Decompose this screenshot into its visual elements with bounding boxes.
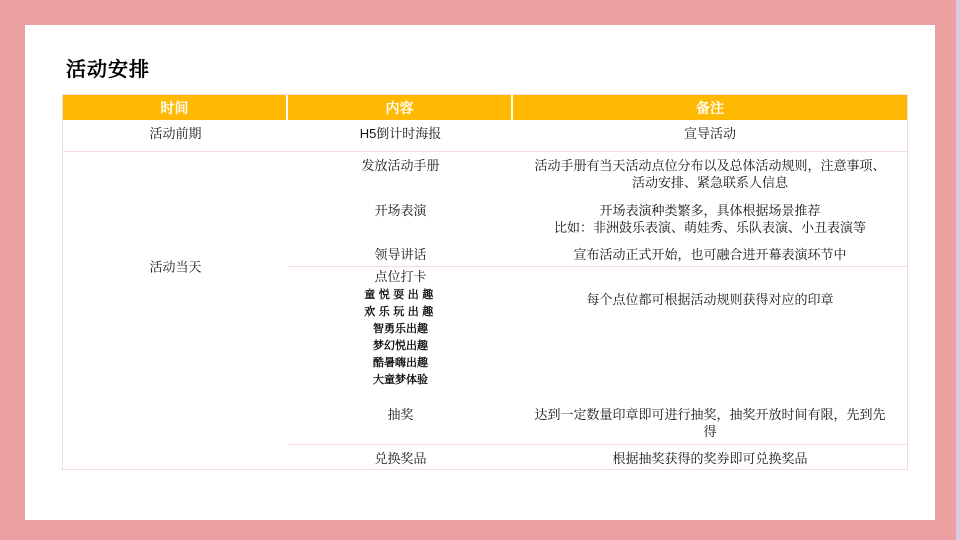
note-line-2: 比如：非洲鼓乐表演、萌娃秀、乐队表演、小丑表演等 xyxy=(554,219,866,236)
cell-content-lottery: 抽奖 xyxy=(288,401,513,445)
cell-content-handbook: 发放活动手册 xyxy=(288,152,513,197)
column-header-content: 内容 xyxy=(288,95,513,120)
content-card: 活动安排 时间 内容 备注 活动前期 H5倒计时海报 宣导活动 活动当天 发放活… xyxy=(25,25,935,520)
cell-time-event-day: 活动当天 xyxy=(63,152,288,469)
cell-note-handbook: 活动手册有当天活动点位分布以及总体活动规则，注意事项、活动安排、紧急联系人信息 xyxy=(513,152,907,197)
cell-note-h5-poster: 宣导活动 xyxy=(513,120,907,152)
checkin-subitem: 童悦耍出趣 xyxy=(364,287,437,304)
schedule-table: 时间 内容 备注 活动前期 H5倒计时海报 宣导活动 活动当天 发放活动手册 活… xyxy=(62,94,908,470)
event-day-label: 活动当天 xyxy=(63,257,288,276)
cell-note-redeem: 根据抽奖获得的奖券即可兑换奖品 xyxy=(513,445,907,469)
checkin-subitem: 大童梦体验 xyxy=(373,372,428,389)
cell-time-prephase: 活动前期 xyxy=(63,120,288,152)
column-header-time: 时间 xyxy=(63,95,288,120)
checkin-subitem: 酷暑嗨出趣 xyxy=(373,355,428,372)
page-title: 活动安排 xyxy=(66,53,150,82)
checkin-subitem: 梦幻悦出趣 xyxy=(373,338,428,355)
checkin-title: 点位打卡 xyxy=(374,269,426,284)
cell-content-h5-poster: H5倒计时海报 xyxy=(288,120,513,152)
cell-note-checkin: 每个点位都可根据活动规则获得对应的印章 xyxy=(513,267,907,401)
cell-content-checkin: 点位打卡 童悦耍出趣 欢乐玩出趣 智勇乐出趣 梦幻悦出趣 酷暑嗨出趣 大童梦体验 xyxy=(288,267,513,401)
slide: { "slide": { "title": "活动安排" }, "colors"… xyxy=(0,0,960,540)
cell-content-opening-show: 开场表演 xyxy=(288,197,513,241)
checkin-subitem: 智勇乐出趣 xyxy=(373,321,428,338)
column-header-notes: 备注 xyxy=(513,95,907,120)
right-edge-strip xyxy=(956,0,960,540)
cell-note-lottery: 达到一定数量印章即可进行抽奖，抽奖开放时间有限，先到先得 xyxy=(513,401,907,445)
checkin-subitem: 欢乐玩出趣 xyxy=(364,304,437,321)
cell-content-leader-speech: 领导讲话 xyxy=(288,241,513,267)
note-line-1: 开场表演种类繁多，具体根据场景推荐 xyxy=(599,202,820,219)
cell-note-opening-show: 开场表演种类繁多，具体根据场景推荐 比如：非洲鼓乐表演、萌娃秀、乐队表演、小丑表… xyxy=(513,197,907,241)
cell-content-redeem: 兑换奖品 xyxy=(288,445,513,469)
cell-note-leader-speech: 宣布活动正式开始，也可融合进开幕表演环节中 xyxy=(513,241,907,267)
